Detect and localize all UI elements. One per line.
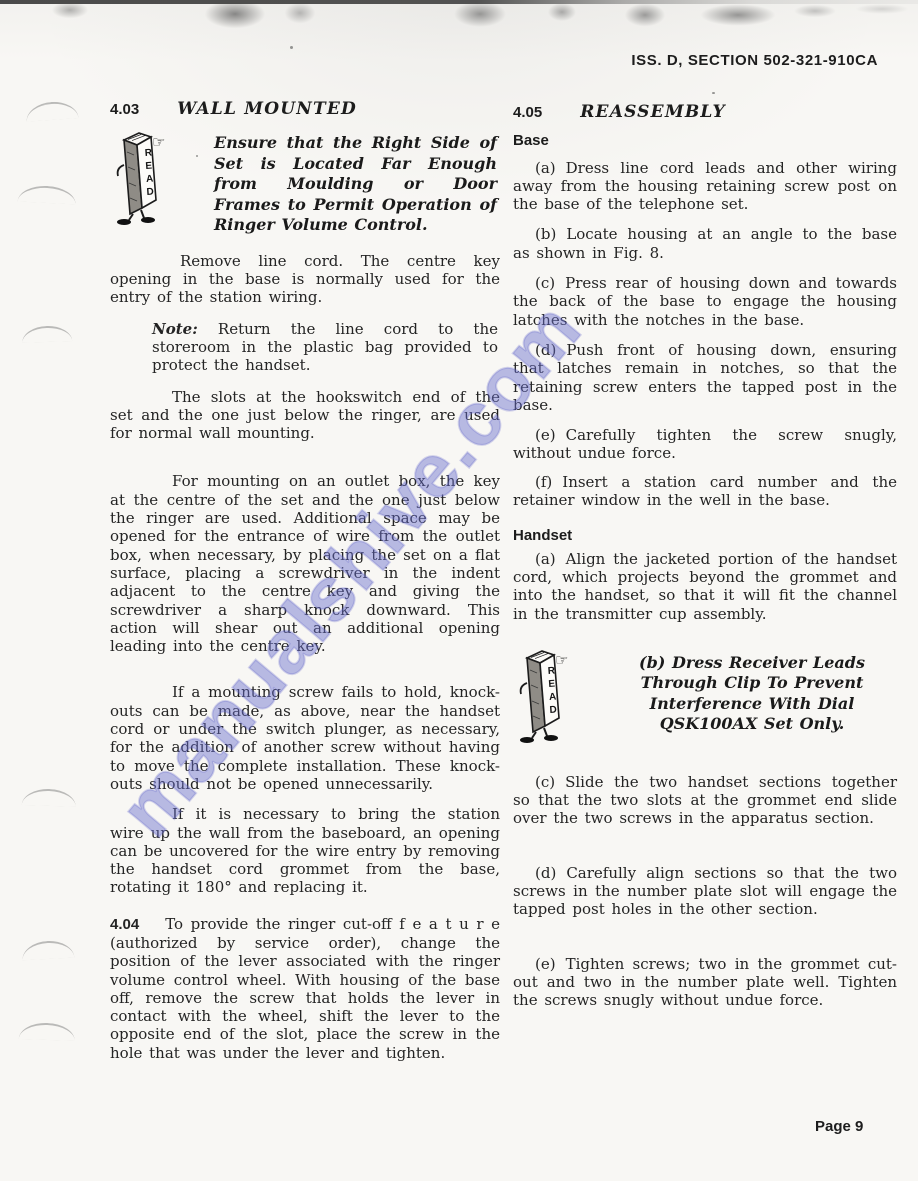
scan-smudge-band <box>0 2 918 36</box>
margin-arc-mark <box>18 184 77 204</box>
paragraph: If a mounting screw fails to hold, knock… <box>110 683 500 793</box>
note-label: Note: <box>152 320 198 338</box>
section-405-title: REASSEMBLY <box>580 103 726 121</box>
paragraph: If it is necessary to bring the station … <box>110 805 500 896</box>
read-mascot-icon: R E A D ☞ <box>110 127 168 227</box>
margin-arc-mark <box>22 788 77 807</box>
item-label: (b) <box>639 653 665 672</box>
item-label: (d) <box>535 864 556 882</box>
list-item-handset-a: (a)Align the jacketed portion of the han… <box>513 550 897 623</box>
margin-arc-mark <box>19 1022 76 1041</box>
margin-arc-mark <box>22 940 75 961</box>
read-letter: D <box>146 187 154 198</box>
section-405-heading: 4.05 REASSEMBLY <box>513 103 897 122</box>
pointing-hand-icon: ☞ <box>152 133 165 151</box>
item-label: (c) <box>535 274 555 292</box>
item-label: (d) <box>535 341 556 359</box>
read-note-handset-b: (b) Dress Receiver Leads Through Clip To… <box>607 653 897 735</box>
section-405-number: 4.05 <box>513 104 542 122</box>
scan-edge-line <box>0 0 918 4</box>
item-label: (e) <box>535 955 556 973</box>
item-label: (e) <box>535 426 556 444</box>
list-item-base-b: (b)Locate housing at an angle to the bas… <box>513 225 897 262</box>
item-label: (b) <box>535 225 556 243</box>
read-letter: A <box>549 691 557 702</box>
paragraph: Remove line cord. The centre key opening… <box>110 252 500 307</box>
base-subheading: Base <box>513 132 897 150</box>
item-text: Carefully tighten the screw snugly, with… <box>513 426 897 462</box>
note-paragraph: Note: Return the line cord to the storer… <box>152 320 498 375</box>
margin-arc-mark <box>25 100 78 122</box>
list-item-handset-d: (d)Carefully align sections so that the … <box>513 864 897 919</box>
item-text: Locate housing at an angle to the base a… <box>513 225 897 261</box>
list-item-handset-c: (c)Slide the two handset sections togeth… <box>513 773 897 828</box>
item-text: Carefully align sections so that the two… <box>513 864 897 919</box>
left-column: 4.03 WALL MOUNTED R E A D <box>110 100 500 1062</box>
list-item-base-e: (e)Carefully tighten the screw snugly, w… <box>513 426 897 463</box>
handset-subheading: Handset <box>513 527 897 545</box>
scan-speck <box>712 92 715 94</box>
section-404-paragraph: 4.04To provide the ringer cut-off f e a … <box>110 915 500 1062</box>
read-letter: A <box>146 174 154 185</box>
item-label: (c) <box>535 773 555 791</box>
item-text: Slide the two handset sections together … <box>513 773 897 828</box>
read-letter: E <box>548 678 556 689</box>
read-letter: E <box>145 161 153 172</box>
item-label: (a) <box>535 550 556 568</box>
margin-arc-mark <box>22 325 73 343</box>
item-text: Push front of housing down, ensuring tha… <box>513 341 897 414</box>
section-404-text: To provide the ringer cut-off f e a t u … <box>110 915 500 1062</box>
scanned-manual-page: ISS. D, SECTION 502-321-910CA Page 9 4.0… <box>0 0 918 1181</box>
paragraph: For mounting on an outlet box, the key a… <box>110 472 500 655</box>
section-404-number: 4.04 <box>110 916 139 933</box>
item-label: (a) <box>535 159 556 177</box>
read-callout-handset-b: R E A D ☞ (b) Dress Receiver Leads Throu… <box>513 645 897 745</box>
document-issue-header: ISS. D, SECTION 502-321-910CA <box>631 52 878 69</box>
section-403-number: 4.03 <box>110 101 139 119</box>
note-text: Return the line cord to the storeroom in… <box>152 320 498 375</box>
pointing-hand-icon: ☞ <box>555 651 568 669</box>
item-text: Dress line cord leads and other wiring a… <box>513 159 897 214</box>
read-callout-403: R E A D ☞ Ensure that the Right Side of … <box>110 127 500 236</box>
list-item-base-d: (d)Push front of housing down, ensuring … <box>513 341 897 414</box>
page-number: Page 9 <box>815 1118 863 1135</box>
item-text: Insert a station card number and the ret… <box>513 473 897 509</box>
list-item-base-c: (c)Press rear of housing down and toward… <box>513 274 897 329</box>
item-text: Dress Receiver Leads Through Clip To Pre… <box>641 653 865 734</box>
section-403-heading: 4.03 WALL MOUNTED <box>110 100 500 119</box>
list-item-base-f: (f)Insert a station card number and the … <box>513 473 897 510</box>
scan-speck <box>290 46 293 49</box>
list-item-base-a: (a)Dress line cord leads and other wirin… <box>513 159 897 214</box>
read-mascot-icon: R E A D ☞ <box>513 645 571 745</box>
read-letter: D <box>549 704 557 715</box>
item-label: (f) <box>535 473 552 491</box>
item-text: Press rear of housing down and towards t… <box>513 274 897 329</box>
list-item-handset-e: (e)Tighten screws; two in the grommet cu… <box>513 955 897 1010</box>
paragraph: The slots at the hookswitch end of the s… <box>110 388 500 443</box>
section-403-title: WALL MOUNTED <box>177 100 357 118</box>
item-text: Tighten screws; two in the grommet cut-o… <box>513 955 897 1010</box>
right-column: 4.05 REASSEMBLY Base (a)Dress line cord … <box>513 103 897 1010</box>
read-note-403-text: Ensure that the Right Side of Set is Loc… <box>214 133 497 236</box>
item-text: Align the jacketed portion of the handse… <box>513 550 897 623</box>
